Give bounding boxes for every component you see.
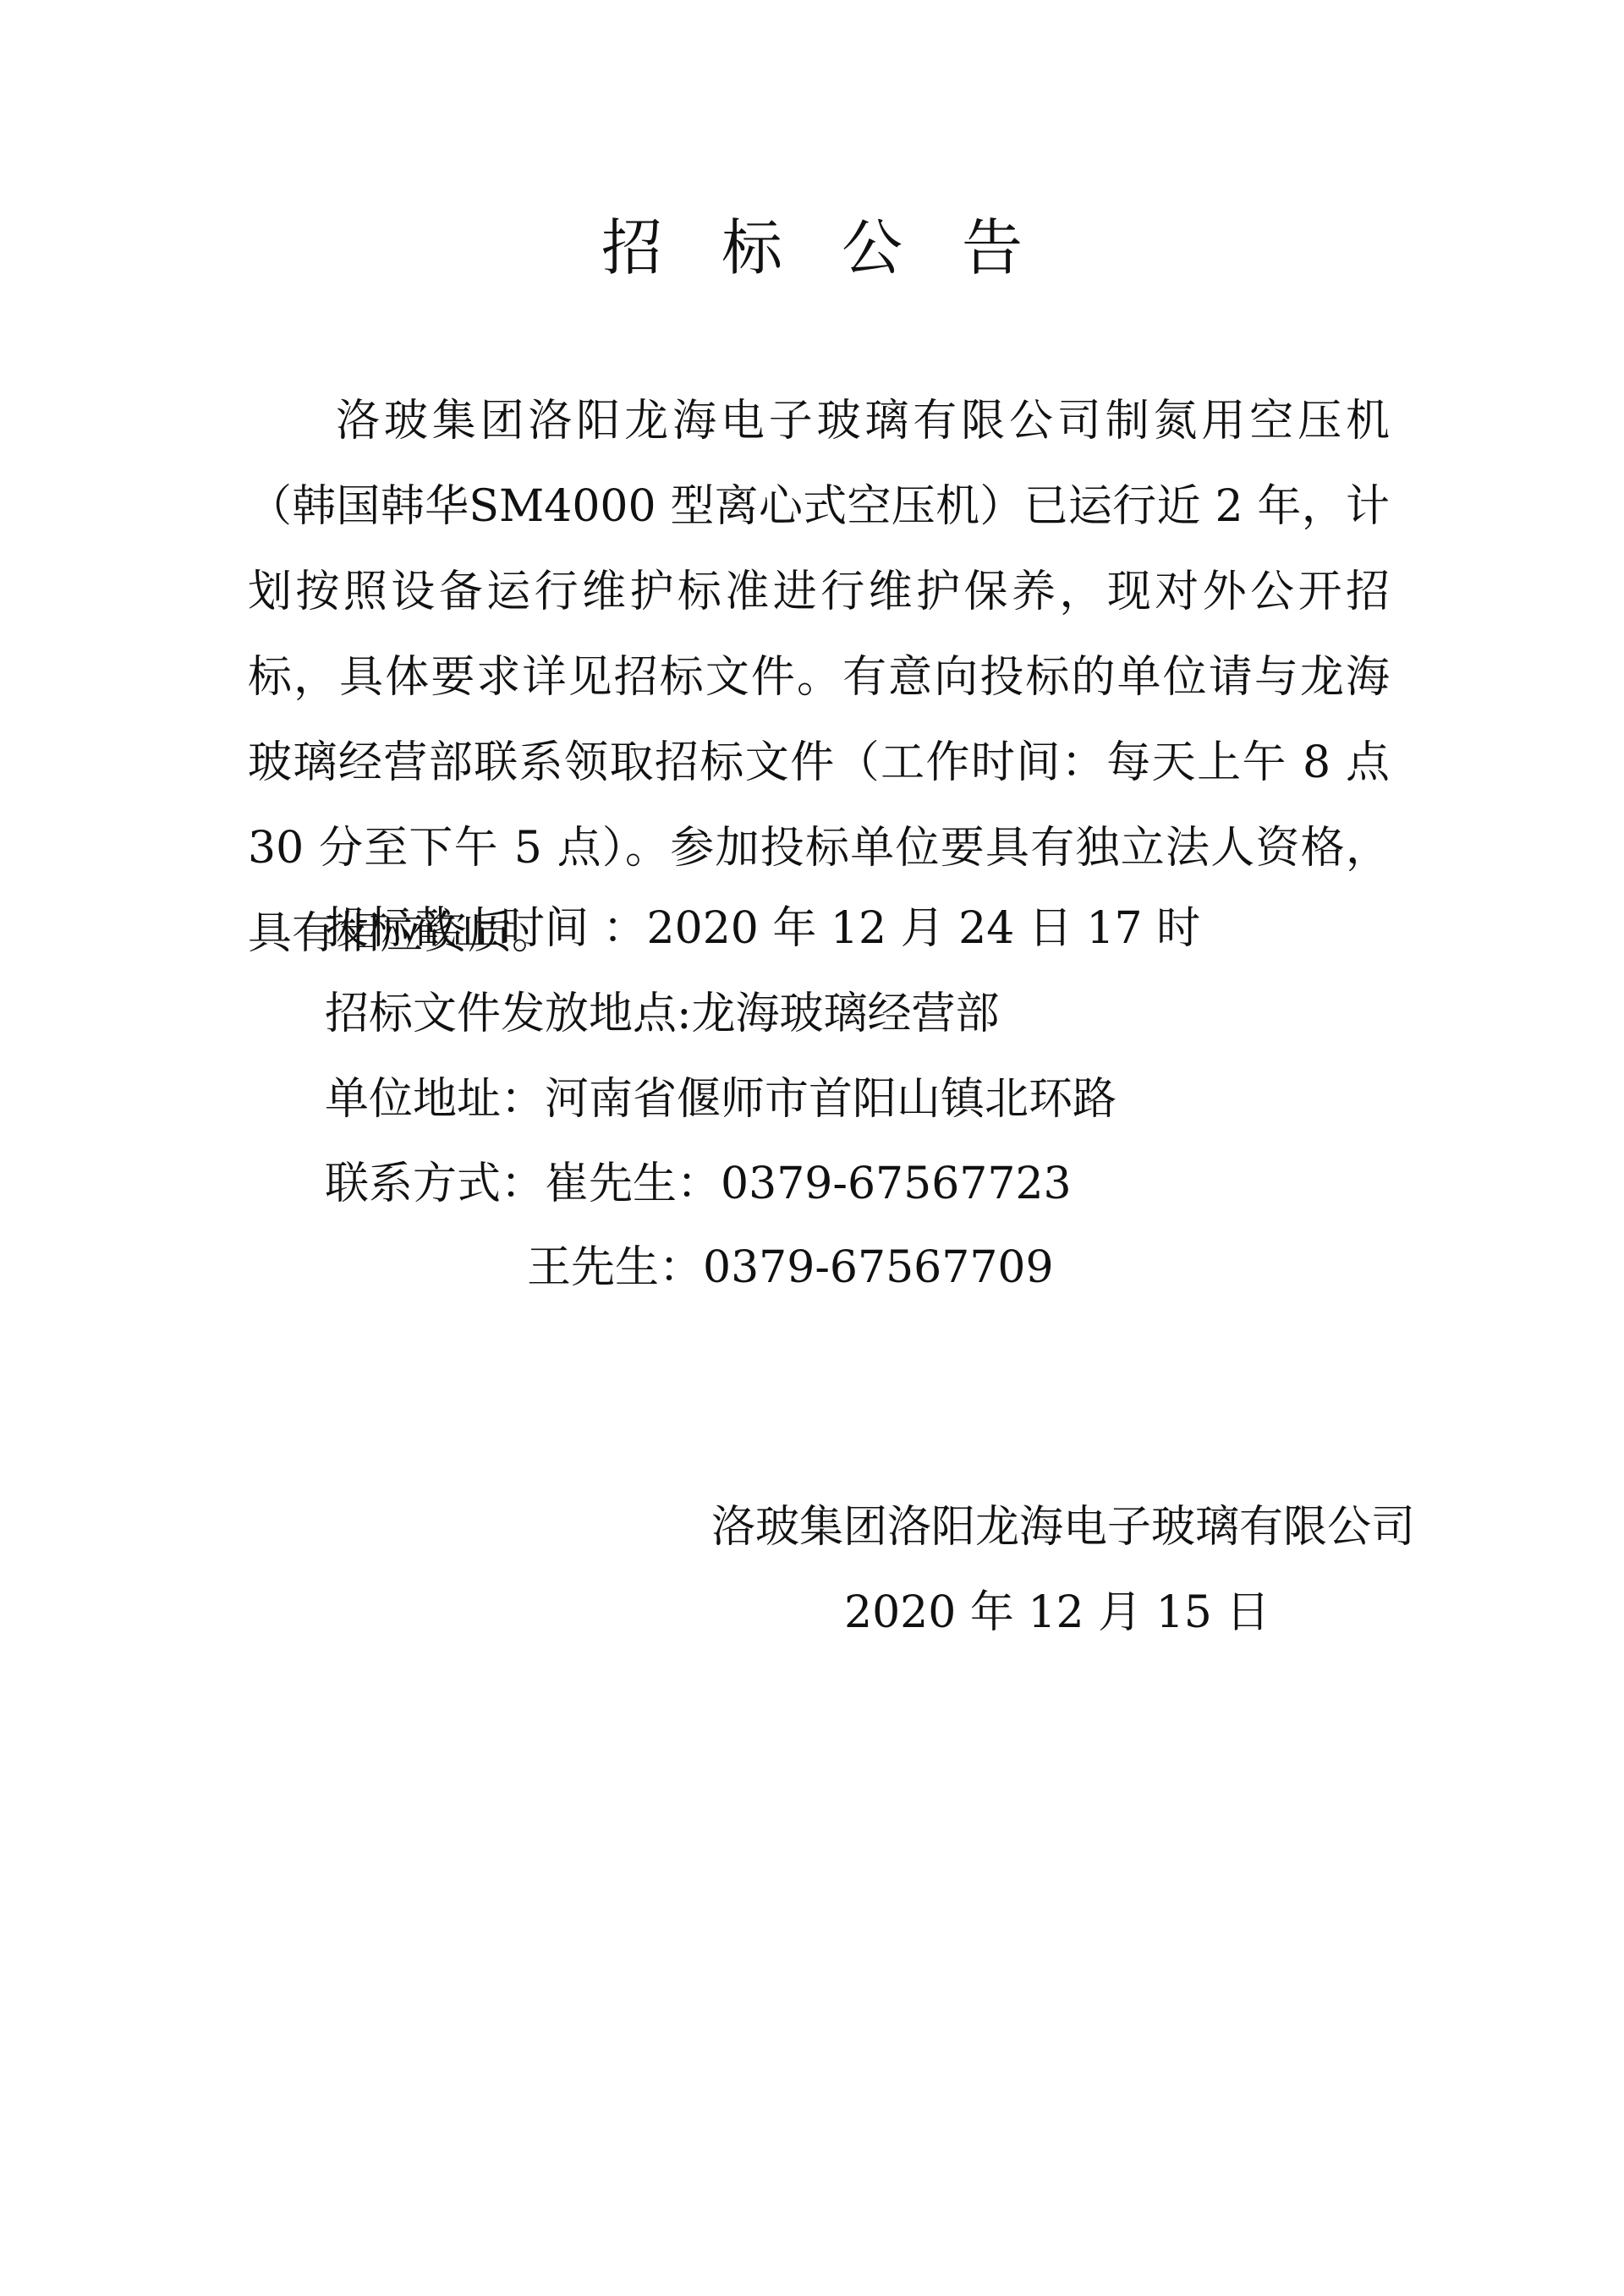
contact-name: 崔先生： bbox=[545, 1159, 721, 1209]
company-address: 单位地址：河南省偃师市首阳山镇北环路 bbox=[325, 1074, 1116, 1125]
body-paragraph: 洛玻集团洛阳龙海电子玻璃有限公司制氮用空压机（韩国韩华SM4000 型离心式空压… bbox=[248, 379, 1390, 977]
contact-phone: 0379-67567709 bbox=[703, 1242, 1054, 1293]
title-char: 公 bbox=[842, 199, 903, 287]
bid-deadline-value: 2020 年 12 月 24 日 17 时 bbox=[647, 903, 1201, 954]
issue-location-label: 招标文件发放地点: bbox=[325, 989, 692, 1039]
title-char: 标 bbox=[721, 199, 782, 287]
title-char: 招 bbox=[601, 199, 662, 287]
company-address-label: 单位地址： bbox=[325, 1074, 545, 1125]
page-title: 招标公告 bbox=[0, 199, 1624, 287]
contact-primary: 联系方式：崔先生：0379-67567723 bbox=[325, 1159, 1072, 1209]
contact-phone: 0379-67567723 bbox=[721, 1159, 1072, 1209]
issue-location-value: 龙海玻璃经营部 bbox=[692, 989, 1000, 1039]
signature-company: 洛玻集团洛阳龙海电子玻璃有限公司 bbox=[711, 1502, 1415, 1553]
company-address-value: 河南省偃师市首阳山镇北环路 bbox=[545, 1074, 1116, 1125]
contact-label: 联系方式： bbox=[325, 1159, 545, 1209]
signature-date: 2020 年 12 月 15 日 bbox=[844, 1587, 1270, 1638]
issue-location: 招标文件发放地点:龙海玻璃经营部 bbox=[325, 989, 1000, 1039]
contact-name: 王先生： bbox=[527, 1242, 703, 1293]
contact-secondary: 王先生：0379-67567709 bbox=[527, 1242, 1054, 1293]
bid-deadline: 投标截止时间 ：2020 年 12 月 24 日 17 时 bbox=[325, 903, 1200, 954]
title-char: 告 bbox=[962, 199, 1023, 287]
bid-deadline-label: 投标截止时间 ： bbox=[325, 903, 647, 954]
